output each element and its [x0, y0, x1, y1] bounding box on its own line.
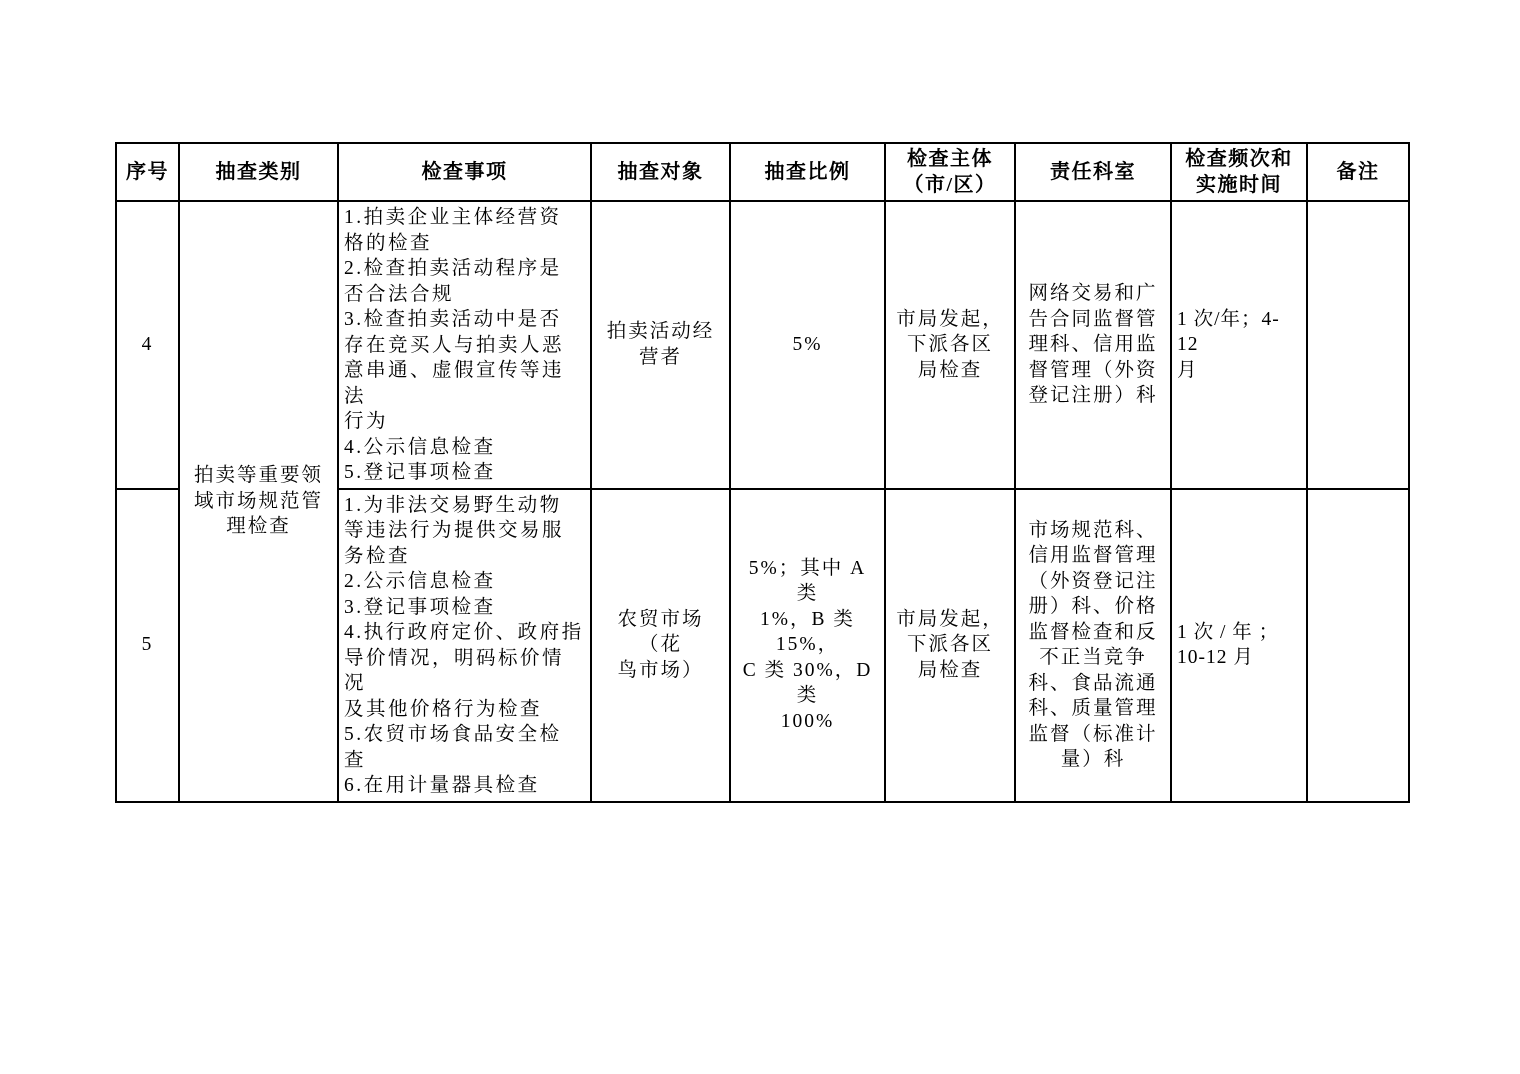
- cell-subject-5: 市局发起， 下派各区 局检查: [885, 489, 1015, 802]
- cell-category-merged: 拍卖等重要领 域市场规范管 理检查: [179, 201, 338, 802]
- header-category: 抽查类别: [179, 143, 338, 201]
- document-page: 序号 抽查类别 检查事项 抽查对象 抽查比例 检查主体 （市/区） 责任科室 检…: [0, 0, 1520, 1074]
- cell-target-5: 农贸市场（花 鸟市场）: [591, 489, 730, 802]
- header-frequency: 检查频次和 实施时间: [1171, 143, 1307, 201]
- cell-department-4: 网络交易和广 告合同监督管 理科、信用监 督管理（外资 登记注册）科: [1015, 201, 1171, 489]
- cell-ratio-5: 5%；其中 A 类 1%，B 类 15%， C 类 30%，D 类 100%: [730, 489, 885, 802]
- inspection-plan-table: 序号 抽查类别 检查事项 抽查对象 抽查比例 检查主体 （市/区） 责任科室 检…: [115, 142, 1410, 803]
- cell-subject-4: 市局发起， 下派各区 局检查: [885, 201, 1015, 489]
- table-row-4: 4 拍卖等重要领 域市场规范管 理检查 1.拍卖企业主体经营资 格的检查 2.检…: [116, 201, 1409, 489]
- cell-frequency-5: 1 次 / 年 ； 10-12 月: [1171, 489, 1307, 802]
- header-inspection-items: 检查事项: [338, 143, 591, 201]
- cell-seq-5: 5: [116, 489, 179, 802]
- cell-inspection-items-4: 1.拍卖企业主体经营资 格的检查 2.检查拍卖活动程序是 否合法合规 3.检查拍…: [338, 201, 591, 489]
- cell-remark-5: [1307, 489, 1409, 802]
- header-ratio: 抽查比例: [730, 143, 885, 201]
- cell-ratio-4: 5%: [730, 201, 885, 489]
- cell-frequency-4: 1 次/年；4-12 月: [1171, 201, 1307, 489]
- cell-department-5: 市场规范科、 信用监督管理 （外资登记注 册）科、价格 监督检查和反 不正当竞争…: [1015, 489, 1171, 802]
- header-subject: 检查主体 （市/区）: [885, 143, 1015, 201]
- cell-seq-4: 4: [116, 201, 179, 489]
- header-department: 责任科室: [1015, 143, 1171, 201]
- cell-target-4: 拍卖活动经 营者: [591, 201, 730, 489]
- header-remark: 备注: [1307, 143, 1409, 201]
- header-seq: 序号: [116, 143, 179, 201]
- table-header-row: 序号 抽查类别 检查事项 抽查对象 抽查比例 检查主体 （市/区） 责任科室 检…: [116, 143, 1409, 201]
- cell-remark-4: [1307, 201, 1409, 489]
- cell-inspection-items-5: 1.为非法交易野生动物 等违法行为提供交易服 务检查 2.公示信息检查 3.登记…: [338, 489, 591, 802]
- header-target: 抽查对象: [591, 143, 730, 201]
